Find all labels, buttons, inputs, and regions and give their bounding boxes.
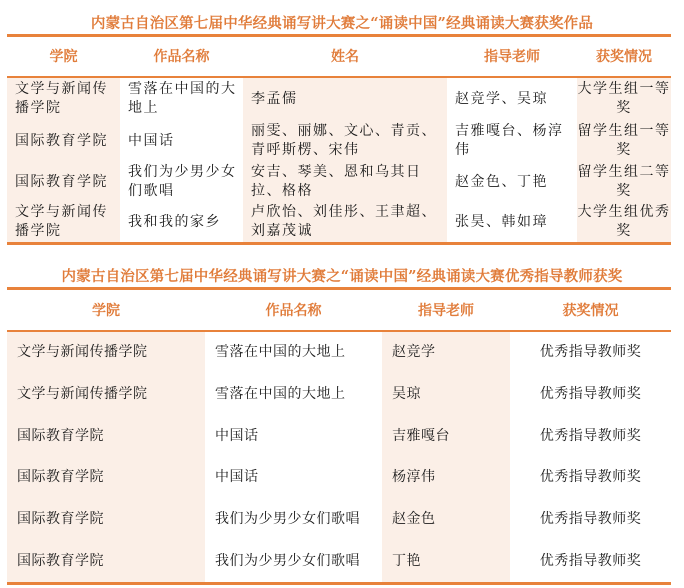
table-row: 文学与新闻传播学院 我和我的家乡 卢欣怡、刘佳彤、王聿超、刘嘉茂诚 张昊、韩如璋…: [7, 202, 671, 242]
table-row: 文学与新闻传播学院 雪落在中国的大地上 吴琼 优秀指导教师奖: [7, 373, 671, 415]
cell-advisors: 张昊、韩如璋: [447, 202, 577, 242]
table1-header-award: 获奖情况: [577, 46, 671, 66]
table1-header-advisors: 指导老师: [447, 46, 577, 66]
cell-work: 中国话: [205, 457, 382, 498]
cell-work: 我们为少男少女们歌唱: [205, 498, 382, 540]
table1-header-names: 姓名: [243, 46, 447, 66]
cell-college: 文学与新闻传播学院: [7, 78, 120, 120]
cell-award: 留学生组一等奖: [577, 120, 671, 162]
table-row: 国际教育学院 我们为少男少女们歌唱 赵金色 优秀指导教师奖: [7, 498, 671, 540]
cell-work: 我和我的家乡: [120, 202, 243, 242]
table2-top-rule: [7, 287, 671, 290]
table1: 文学与新闻传播学院 雪落在中国的大地上 李孟儒 赵竞学、吴琼 大学生组一等奖 国…: [7, 78, 671, 242]
cell-advisors: 赵竞学、吴琼: [447, 78, 577, 120]
cell-award: 优秀指导教师奖: [510, 332, 671, 373]
cell-names: 丽雯、丽娜、文心、青贡、青呼斯楞、宋伟: [243, 120, 447, 162]
cell-college: 国际教育学院: [7, 498, 205, 540]
cell-award: 优秀指导教师奖: [510, 457, 671, 498]
cell-college: 国际教育学院: [7, 162, 120, 202]
cell-work: 我们为少男少女们歌唱: [205, 540, 382, 582]
cell-work: 中国话: [205, 415, 382, 457]
table2: 文学与新闻传播学院 雪落在中国的大地上 赵竞学 优秀指导教师奖 文学与新闻传播学…: [7, 332, 671, 582]
cell-advisor: 赵竞学: [382, 332, 510, 373]
table2-header-work: 作品名称: [205, 300, 382, 320]
cell-award: 大学生组一等奖: [577, 78, 671, 120]
cell-college: 国际教育学院: [7, 120, 120, 162]
cell-college: 国际教育学院: [7, 457, 205, 498]
table1-bottom-rule: [7, 242, 671, 245]
table1-title: 内蒙古自治区第七届中华经典诵写讲大赛之“诵读中国”经典诵读大赛获奖作品: [0, 12, 684, 33]
table1-header-college: 学院: [7, 46, 120, 66]
cell-advisor: 吴琼: [382, 373, 510, 415]
cell-college: 文学与新闻传播学院: [7, 373, 205, 415]
cell-award: 大学生组优秀奖: [577, 202, 671, 242]
cell-names: 李孟儒: [243, 78, 447, 120]
cell-advisor: 赵金色: [382, 498, 510, 540]
cell-advisors: 吉雅嘎台、杨淳伟: [447, 120, 577, 162]
table2-title: 内蒙古自治区第七届中华经典诵写讲大赛之“诵读中国”经典诵读大赛优秀指导教师获奖: [0, 265, 684, 286]
table2-header-award: 获奖情况: [510, 300, 671, 320]
cell-names: 安吉、琴美、恩和乌其日拉、格格: [243, 162, 447, 202]
table-row: 国际教育学院 中国话 丽雯、丽娜、文心、青贡、青呼斯楞、宋伟 吉雅嘎台、杨淳伟 …: [7, 120, 671, 162]
cell-work: 雪落在中国的大地上: [205, 332, 382, 373]
cell-award: 留学生组二等奖: [577, 162, 671, 202]
cell-award: 优秀指导教师奖: [510, 498, 671, 540]
table2-header-advisor: 指导老师: [382, 300, 510, 320]
table-row: 文学与新闻传播学院 雪落在中国的大地上 赵竞学 优秀指导教师奖: [7, 332, 671, 373]
cell-advisor: 杨淳伟: [382, 457, 510, 498]
table-row: 国际教育学院 我们为少男少女们歌唱 丁艳 优秀指导教师奖: [7, 540, 671, 582]
cell-advisor: 丁艳: [382, 540, 510, 582]
cell-work: 雪落在中国的大地上: [120, 78, 243, 120]
table-row: 国际教育学院 我们为少男少女们歌唱 安吉、琴美、恩和乌其日拉、格格 赵金色、丁艳…: [7, 162, 671, 202]
cell-work: 中国话: [120, 120, 243, 162]
table2-bottom-rule: [7, 582, 671, 585]
cell-college: 国际教育学院: [7, 415, 205, 457]
cell-award: 优秀指导教师奖: [510, 540, 671, 582]
table-row: 文学与新闻传播学院 雪落在中国的大地上 李孟儒 赵竞学、吴琼 大学生组一等奖: [7, 78, 671, 120]
cell-work: 雪落在中国的大地上: [205, 373, 382, 415]
cell-award: 优秀指导教师奖: [510, 415, 671, 457]
table2-header-college: 学院: [7, 300, 205, 320]
table-row: 国际教育学院 中国话 吉雅嘎台 优秀指导教师奖: [7, 415, 671, 457]
cell-college: 文学与新闻传播学院: [7, 332, 205, 373]
table-row: 国际教育学院 中国话 杨淳伟 优秀指导教师奖: [7, 457, 671, 498]
table1-header-work: 作品名称: [120, 46, 243, 66]
cell-advisor: 吉雅嘎台: [382, 415, 510, 457]
cell-work: 我们为少男少女们歌唱: [120, 162, 243, 202]
table1-top-rule: [7, 34, 671, 37]
cell-college: 文学与新闻传播学院: [7, 202, 120, 242]
cell-award: 优秀指导教师奖: [510, 373, 671, 415]
cell-college: 国际教育学院: [7, 540, 205, 582]
cell-advisors: 赵金色、丁艳: [447, 162, 577, 202]
cell-names: 卢欣怡、刘佳彤、王聿超、刘嘉茂诚: [243, 202, 447, 242]
